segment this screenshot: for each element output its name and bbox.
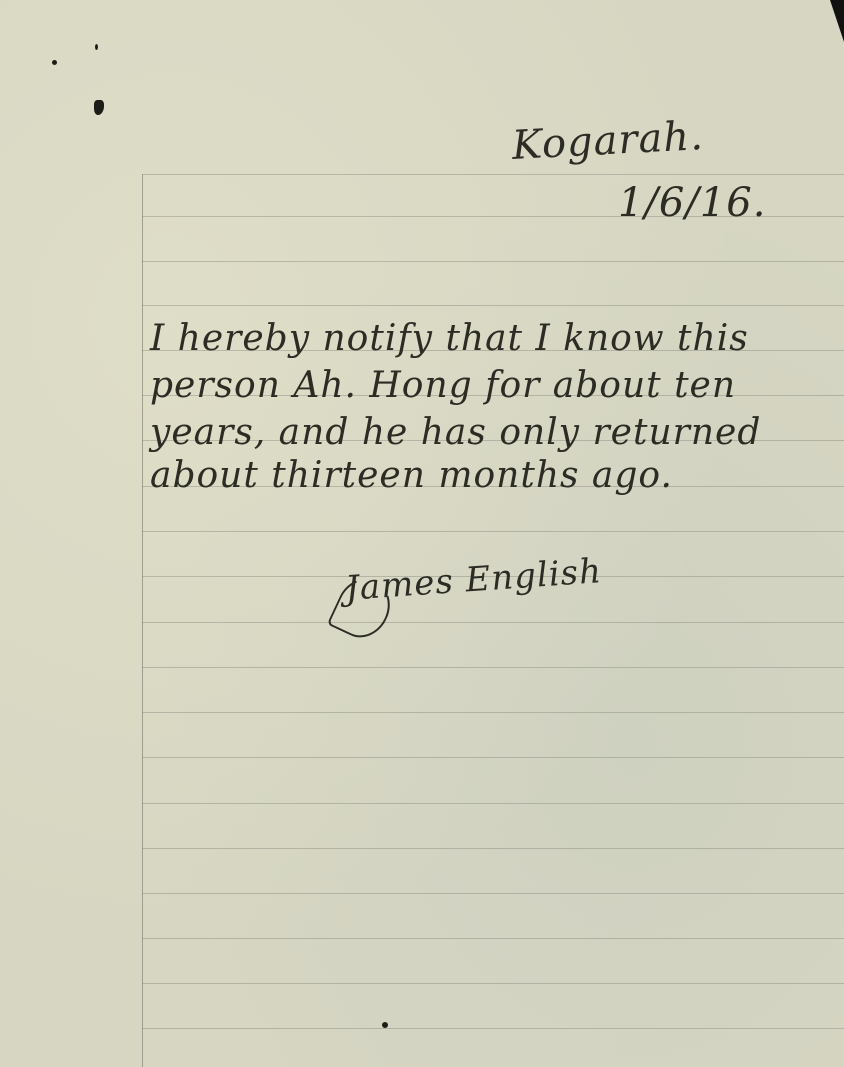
- body-line: person Ah. Hong for about ten: [150, 365, 736, 406]
- ruled-lines: [142, 0, 844, 1067]
- letter-page: Kogarah. 1/6/16. I hereby notify that I …: [0, 0, 844, 1067]
- body-line: years, and he has only returned: [150, 412, 761, 453]
- body-line: about thirteen months ago.: [150, 455, 673, 496]
- ink-speck: [52, 60, 57, 65]
- ink-speck: [95, 44, 98, 50]
- ink-blot: [94, 100, 104, 115]
- body-line: I hereby notify that I know this: [150, 318, 749, 359]
- date-heading: 1/6/16.: [618, 180, 766, 226]
